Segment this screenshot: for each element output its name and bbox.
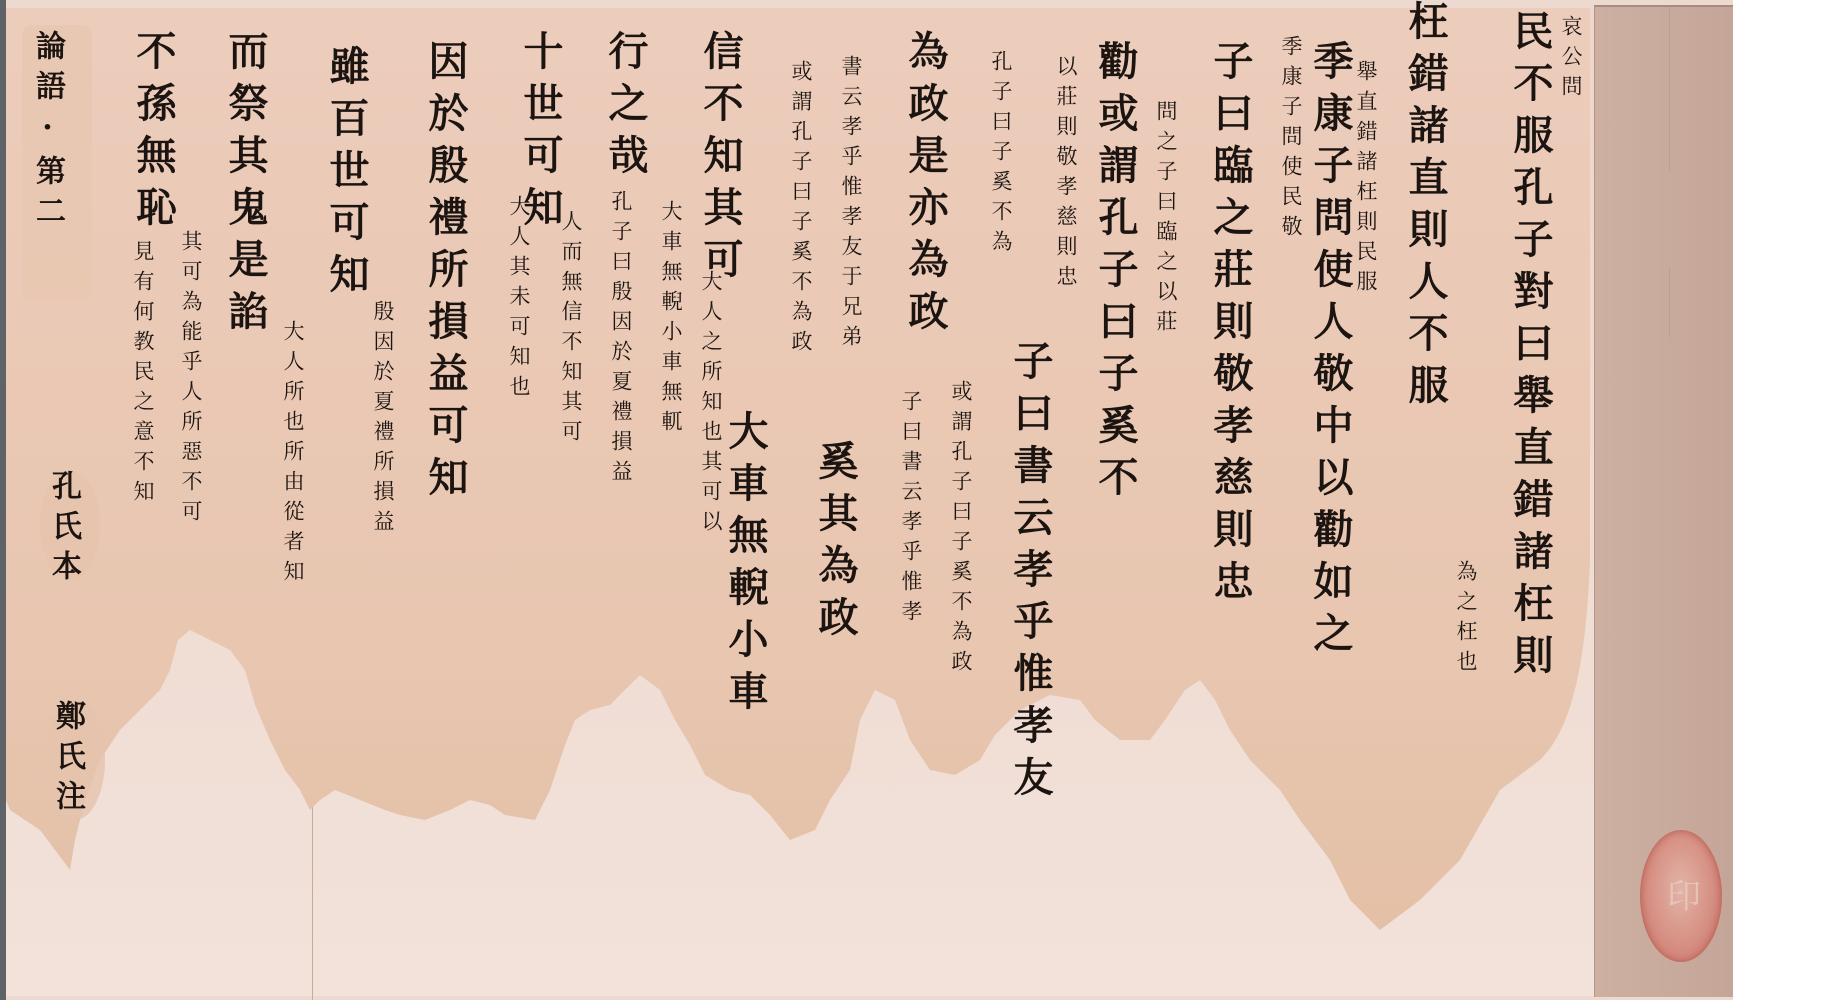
text-column: 大人所也所由從者知 [282, 320, 303, 590]
text-column: 或謂孔子曰子奚不為政 [950, 380, 971, 680]
text-column: 十世可知 [520, 30, 560, 238]
text-column: 舉直錯諸枉則民服 [1355, 60, 1376, 300]
text-column: 書云孝乎惟孝友于兄弟 [840, 55, 861, 355]
text-column: 季康子問使人敬中以勸如之 [1310, 40, 1350, 664]
text-column: 而祭其鬼是諂 [225, 30, 265, 342]
text-column: 勸或謂孔子曰子奚不 [1095, 40, 1135, 508]
left-label-1: 孔氏本 [48, 470, 78, 590]
text-column: 大車無輗小車 [725, 410, 765, 722]
text-column: 季康子問使民敬 [1280, 35, 1301, 245]
text-column: 不孫無恥 [133, 30, 173, 238]
text-column: 人而無信不知其可 [560, 210, 581, 450]
text-column: 為政是亦為政 [905, 30, 945, 342]
left-label-2: 鄭氏注 [52, 700, 82, 820]
text-column: 為之枉也 [1455, 560, 1476, 680]
text-column: 信不知其可 [700, 30, 740, 290]
text-column: 殷因於夏禮所損益 [372, 300, 393, 540]
margin-crease [1669, 7, 1670, 172]
title-slip-text: 論語·第二 [32, 30, 62, 235]
text-column: 子曰書云孝乎惟孝友 [1010, 340, 1050, 808]
margin-crease [1669, 267, 1670, 337]
text-column: 孔子曰子奚不為 [990, 50, 1011, 260]
text-column: 奚其為政 [815, 440, 855, 648]
text-column: 哀公問 [1560, 15, 1581, 105]
text-column: 大車無輗小車無軏 [660, 200, 681, 440]
text-column: 或謂孔子曰子奚不為政 [790, 60, 811, 360]
text-column: 孔子曰殷因於夏禮損益 [610, 190, 631, 490]
text-column: 因於殷禮所損益可知 [425, 40, 465, 508]
red-seal-stamp: 印 [1640, 830, 1722, 962]
manuscript-photo: 論語·第二 孔氏本 鄭氏注 不孫無恥 見有何教民之意不知 而祭其鬼是諂 其可為能… [0, 0, 1733, 1000]
text-column: 大人之所知也其可以 [700, 270, 721, 540]
text-column: 枉錯諸直則人不服 [1405, 0, 1445, 416]
text-column: 問之子曰臨之以莊 [1155, 100, 1176, 340]
text-column: 其可為能乎人所惡不可 [180, 230, 201, 530]
text-column: 子曰書云孝乎惟孝 [900, 390, 921, 630]
text-column: 民不服孔子對曰舉直錯諸枉則 [1510, 10, 1550, 686]
text-column: 雖百世可知 [326, 45, 366, 305]
text-column: 子曰臨之莊則敬孝慈則忠 [1210, 40, 1250, 612]
text-column: 行之哉 [605, 30, 645, 186]
text-column: 以莊則敬孝慈則忠 [1055, 55, 1076, 295]
text-column: 見有何教民之意不知 [132, 240, 153, 510]
seal-glyph: 印 [1640, 830, 1722, 962]
